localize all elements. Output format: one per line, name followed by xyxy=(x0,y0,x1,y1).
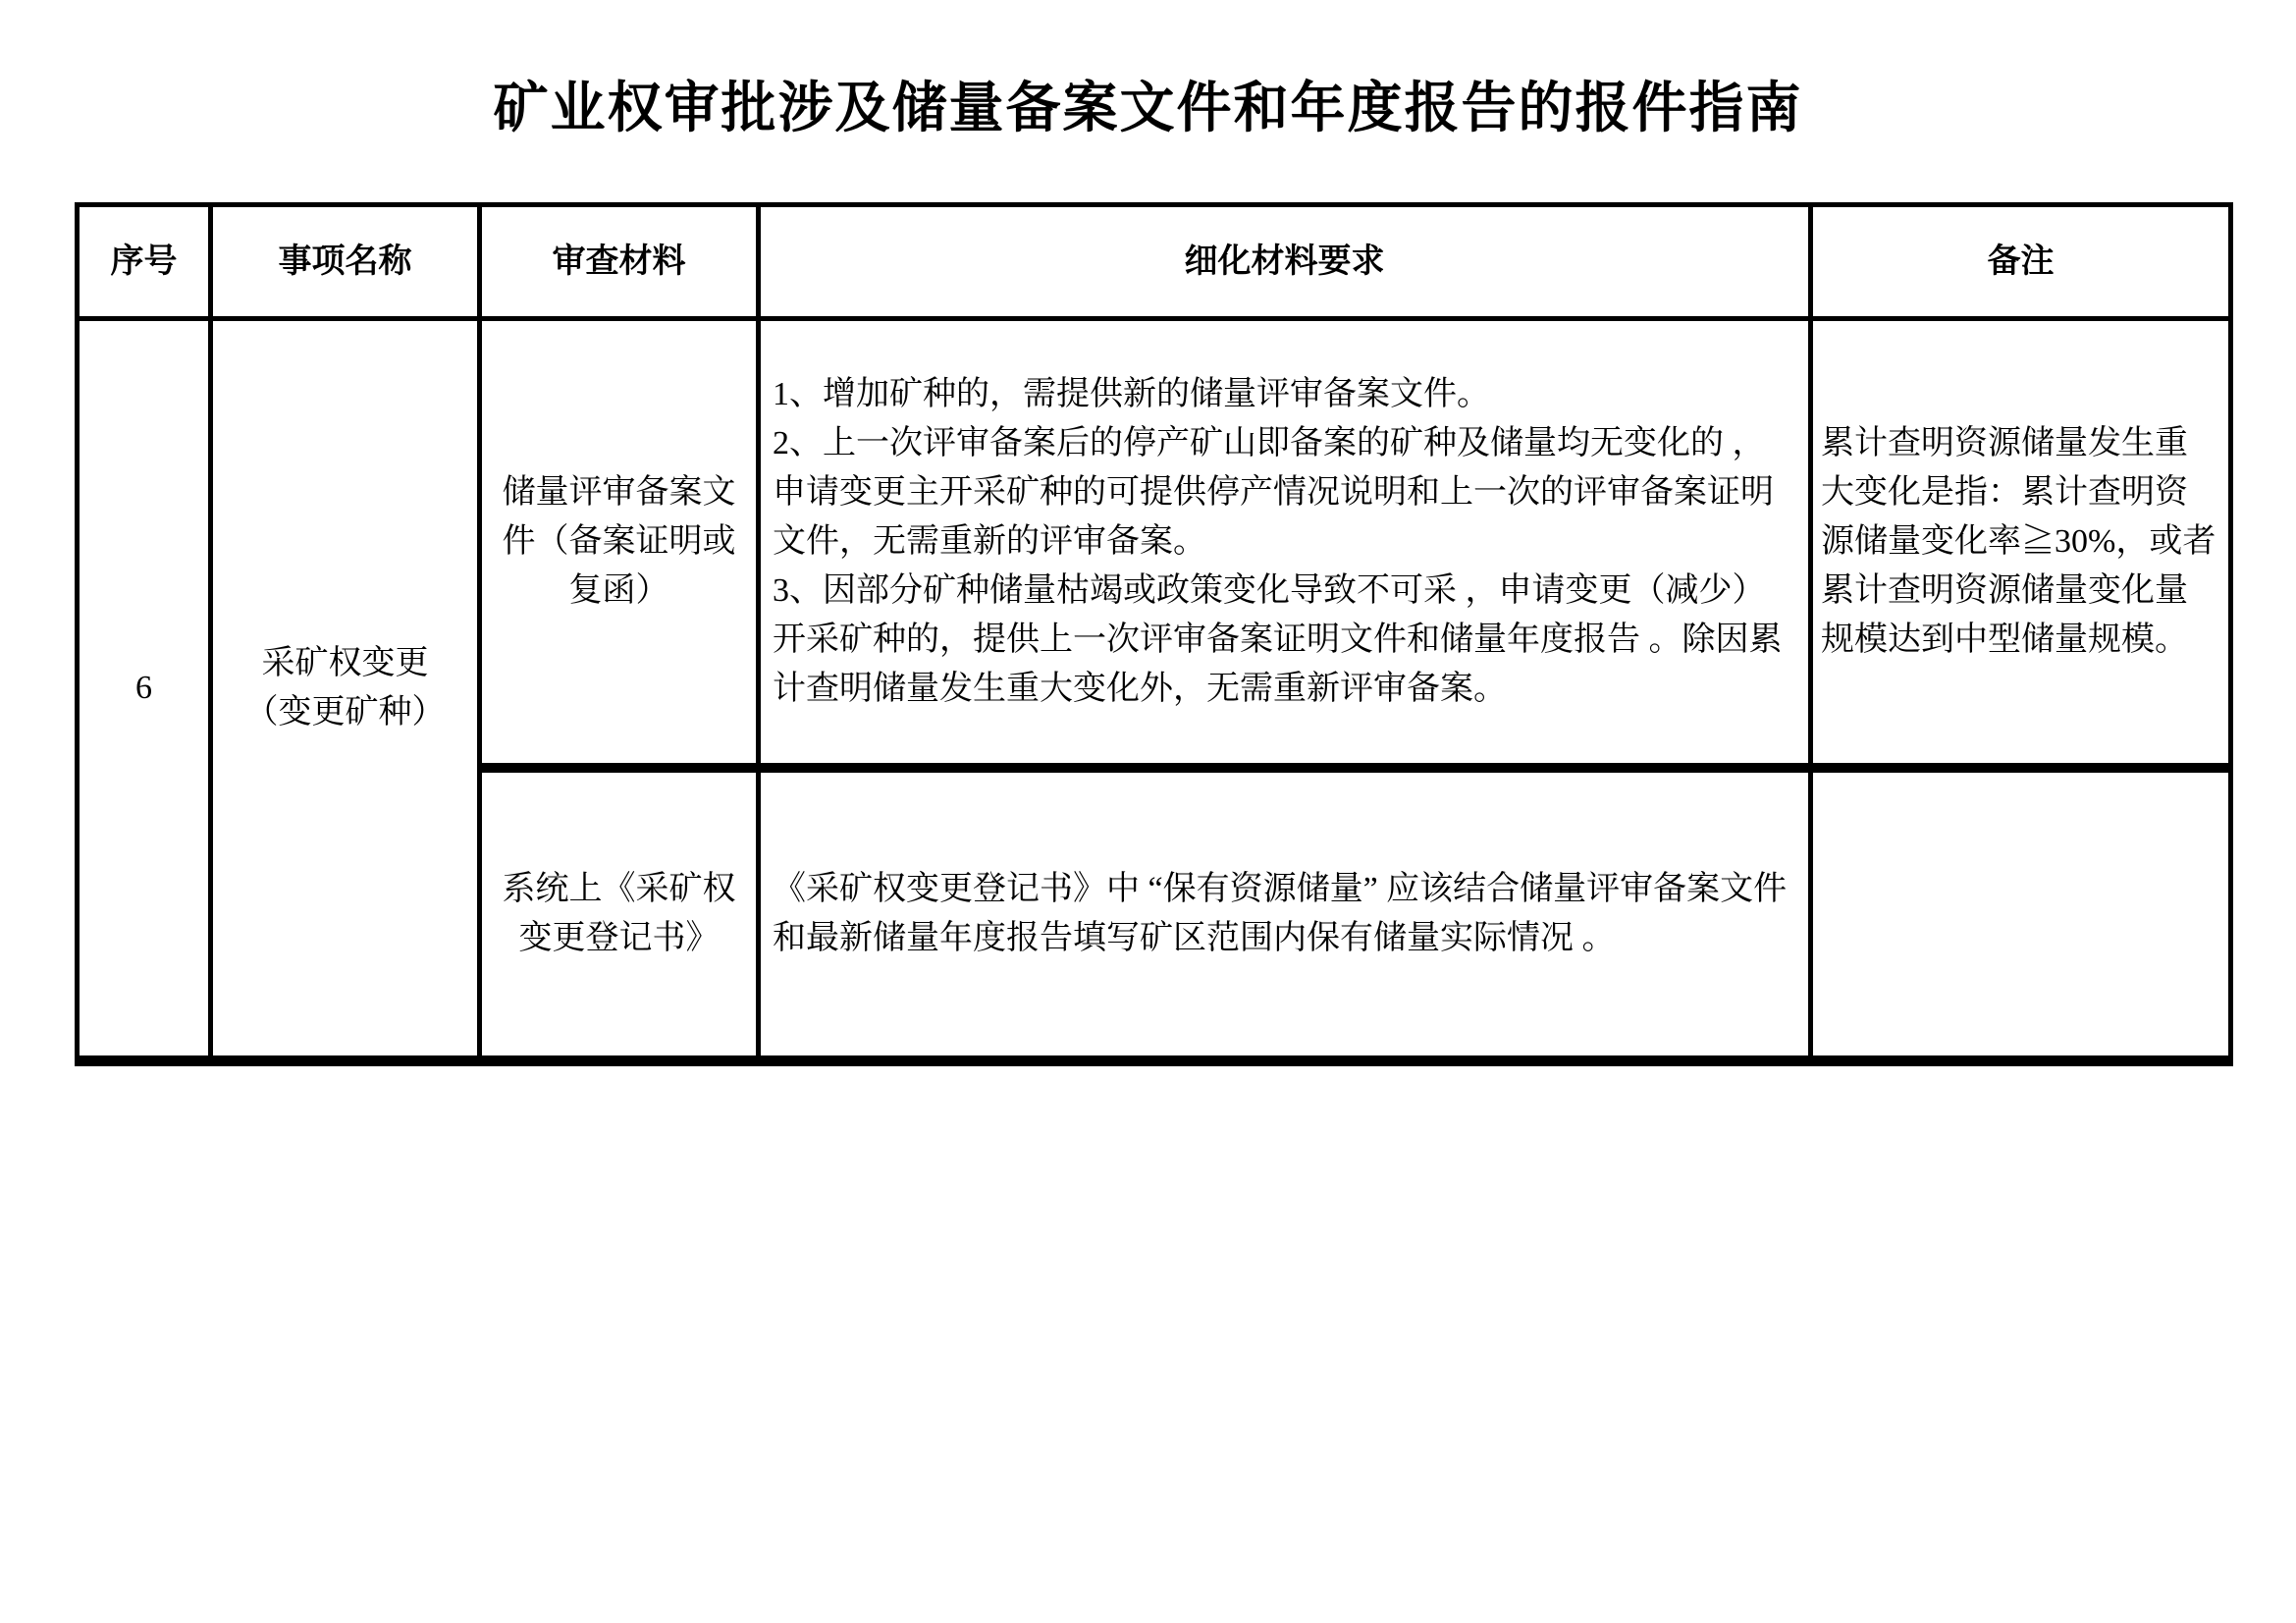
table-header-row: 序号 事项名称 审查材料 细化材料要求 备注 xyxy=(78,205,2231,319)
guide-table: 序号 事项名称 审查材料 细化材料要求 备注 6 采矿权变更 （变更矿种） 储量… xyxy=(75,202,2233,1066)
table-row-sub1: 6 采矿权变更 （变更矿种） 储量评审备案文件（备案证明或复函） 1、增加矿种的… xyxy=(78,319,2231,768)
header-item-name: 事项名称 xyxy=(211,205,480,319)
material-cell-1: 储量评审备案文件（备案证明或复函） xyxy=(480,319,759,768)
item-name-cell: 采矿权变更 （变更矿种） xyxy=(211,319,480,1061)
requirement-cell-1: 1、增加矿种的，需提供新的储量评审备案文件。 2、上一次评审备案后的停产矿山即备… xyxy=(759,319,1811,768)
header-material: 审查材料 xyxy=(480,205,759,319)
material-cell-2: 系统上《采矿权变更登记书》 xyxy=(480,768,759,1061)
requirement-cell-2: 《采矿权变更登记书》中 “保有资源储量” 应该结合储量评审备案文件和最新储量年度… xyxy=(759,768,1811,1061)
seq-number-cell: 6 xyxy=(78,319,211,1061)
header-remark: 备注 xyxy=(1811,205,2231,319)
remark-cell-2 xyxy=(1811,768,2231,1061)
header-seq: 序号 xyxy=(78,205,211,319)
header-requirement: 细化材料要求 xyxy=(759,205,1811,319)
page-title: 矿业权审批涉及储量备案文件和年度报告的报件指南 xyxy=(0,65,2296,143)
remark-cell-1: 累计查明资源储量发生重大变化是指：累计查明资源储量变化率≧30%，或者累计查明资… xyxy=(1811,319,2231,768)
